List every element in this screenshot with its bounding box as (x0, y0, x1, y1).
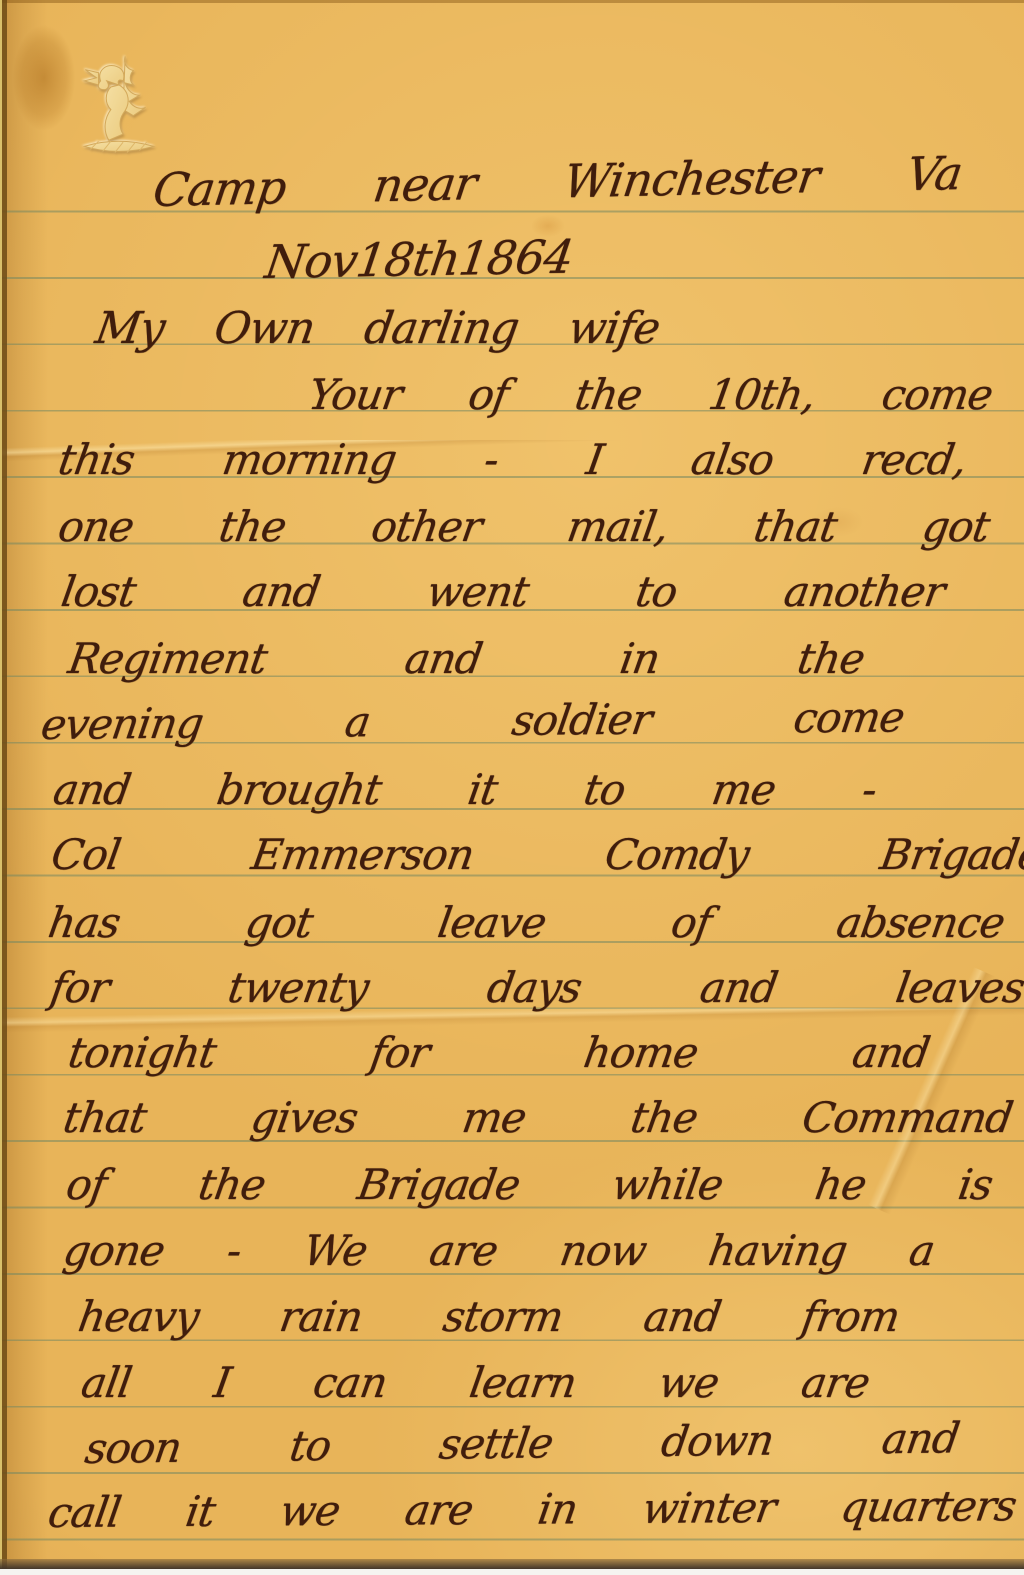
date-line: Nov18th1864 (262, 230, 568, 289)
paper-left-torn-edge (2, 0, 7, 1575)
letter-line: soontosettledownand (82, 1413, 962, 1473)
letter-line: fortwentydaysandleaves (47, 963, 1024, 1012)
embossed-eagle-stamp (72, 50, 164, 168)
letter-line: thismorning-Ialsorecd, (55, 435, 970, 484)
letter-line: oftheBrigadewhileheis (63, 1160, 996, 1209)
letter-line: onetheothermail,thatgot (55, 502, 993, 551)
letter-line: hasgotleaveofabsence (45, 898, 1008, 947)
letter-line: gone-Wearenowhavinga (60, 1226, 938, 1275)
letter-line: lostandwenttoanother (58, 567, 948, 616)
eagle-crest-graphic (72, 50, 164, 168)
scanner-backing-strip (0, 1569, 1024, 1575)
letter-line: tonightforhomeand (65, 1028, 933, 1077)
letter-line: ColEmmersonComdyBrigade (48, 830, 1024, 879)
letter-line: thatgivesmetheCommand (60, 1093, 1016, 1142)
letter-line: andbroughtittome- (50, 765, 880, 814)
letter-page: CampnearWinchesterVa Nov18th1864 MyOwnda… (0, 0, 1024, 1575)
paper-top-edge (0, 0, 1024, 3)
letter-line: Yourofthe10th,come (305, 370, 996, 419)
letter-line: callitweareinwinterquarters (45, 1481, 1019, 1537)
salutation-line: MyOwndarlingwife (92, 303, 663, 354)
place-dateline: CampnearWinchesterVa (150, 146, 965, 217)
letter-line: allIcanlearnweare (78, 1358, 873, 1407)
letter-line: heavyrainstormandfrom (75, 1292, 903, 1341)
letter-line: Regimentandinthe (65, 634, 868, 683)
paper-bottom-edge-shadow (0, 1559, 1024, 1569)
letter-line: eveningasoldiercome (38, 692, 907, 749)
